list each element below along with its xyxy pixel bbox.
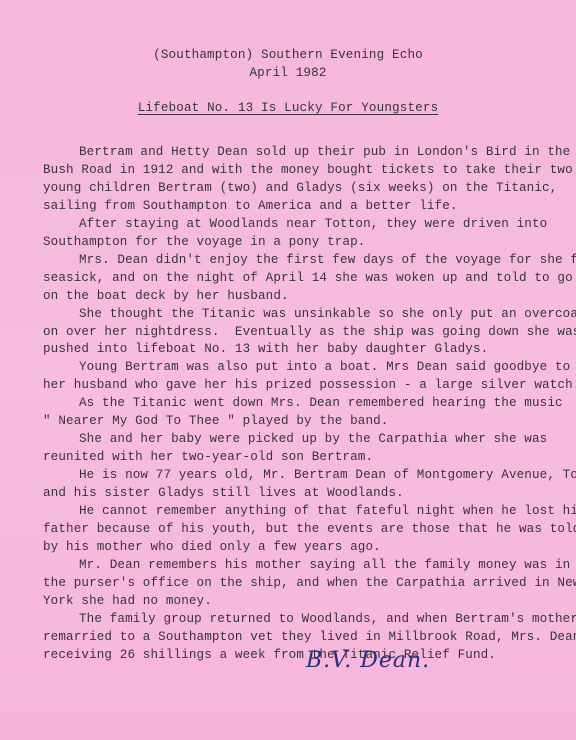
document-page: (Southampton) Southern Evening Echo Apri… [0, 0, 576, 740]
article-line: York she had no money. [43, 593, 563, 611]
article-line: the purser's office on the ship, and whe… [43, 575, 563, 593]
publication-date: April 1982 [0, 66, 576, 80]
article-line: on over her nightdress. Eventually as th… [43, 324, 563, 342]
article-line: Young Bertram was also put into a boat. … [43, 359, 563, 377]
article-line: He cannot remember anything of that fate… [43, 503, 563, 521]
article-line: " Nearer My God To Thee " played by the … [43, 413, 563, 431]
article-line: receiving 26 shillings a week from the T… [43, 647, 563, 665]
article-line: She and her baby were picked up by the C… [43, 431, 563, 449]
article-line: remarried to a Southampton vet they live… [43, 629, 563, 647]
article-line: As the Titanic went down Mrs. Dean remem… [43, 395, 563, 413]
article-line: sailing from Southampton to America and … [43, 198, 563, 216]
article-line: Bush Road in 1912 and with the money bou… [43, 162, 563, 180]
article-body: Bertram and Hetty Dean sold up their pub… [43, 144, 563, 665]
article-line: and his sister Gladys still lives at Woo… [43, 485, 563, 503]
article-line: She thought the Titanic was unsinkable s… [43, 306, 563, 324]
article-line: Southampton for the voyage in a pony tra… [43, 234, 563, 252]
article-line: seasick, and on the night of April 14 sh… [43, 270, 563, 288]
article-line: on the boat deck by her husband. [43, 288, 563, 306]
article-line: her husband who gave her his prized poss… [43, 377, 563, 395]
handwritten-signature: B.V. Dean. [306, 648, 430, 673]
article-line: The family group returned to Woodlands, … [43, 611, 563, 629]
article-headline: Lifeboat No. 13 Is Lucky For Youngsters [0, 101, 576, 115]
newspaper-source: (Southampton) Southern Evening Echo [0, 48, 576, 62]
article-line: father because of his youth, but the eve… [43, 521, 563, 539]
article-line: Bertram and Hetty Dean sold up their pub… [43, 144, 563, 162]
article-line: After staying at Woodlands near Totton, … [43, 216, 563, 234]
article-line: reunited with her two-year-old son Bertr… [43, 449, 563, 467]
article-line: young children Bertram (two) and Gladys … [43, 180, 563, 198]
article-line: Mrs. Dean didn't enjoy the first few day… [43, 252, 563, 270]
article-line: He is now 77 years old, Mr. Bertram Dean… [43, 467, 563, 485]
article-line: pushed into lifeboat No. 13 with her bab… [43, 341, 563, 359]
article-line: by his mother who died only a few years … [43, 539, 563, 557]
article-line: Mr. Dean remembers his mother saying all… [43, 557, 563, 575]
